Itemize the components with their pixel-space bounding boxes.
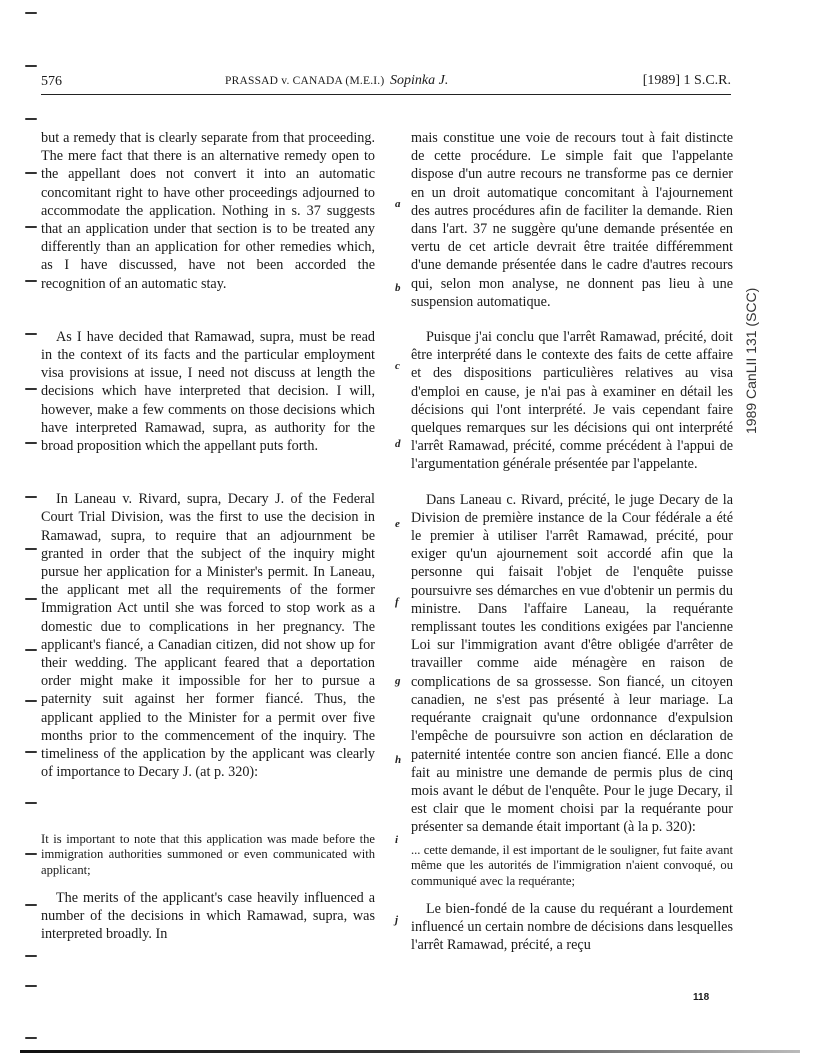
margin-tick (25, 802, 37, 804)
margin-tick (25, 904, 37, 906)
line-marker-h: h (395, 754, 401, 766)
margin-tick (25, 853, 37, 855)
margin-tick (25, 649, 37, 651)
margin-tick (25, 172, 37, 174)
margin-tick (25, 751, 37, 753)
french-column: mais constitue une voie de recours tout … (411, 129, 733, 954)
margin-tick (25, 985, 37, 987)
block-quote: It is important to note that this applic… (41, 832, 375, 879)
line-marker-i: i (395, 834, 398, 846)
case-title: PRASSAD v. CANADA (M.E.I.) (225, 75, 384, 87)
margin-tick (25, 388, 37, 390)
margin-tick (25, 226, 37, 228)
margin-tick (25, 280, 37, 282)
margin-tick (25, 496, 37, 498)
paragraph: mais constitue une voie de recours tout … (411, 129, 733, 311)
block-quote: ... cette demande, il est important de l… (411, 843, 733, 890)
paragraph: As I have decided that Ramawad, supra, m… (41, 328, 375, 455)
paragraph: Puisque j'ai conclu que l'arrêt Ramawad,… (411, 328, 733, 474)
margin-tick (25, 1037, 37, 1039)
line-marker-f: f (395, 596, 399, 608)
line-marker-b: b (395, 282, 401, 294)
margin-tick (25, 700, 37, 702)
margin-tick (25, 442, 37, 444)
bottom-scan-edge (20, 1050, 800, 1053)
english-column: but a remedy that is clearly separate fr… (41, 129, 375, 943)
line-marker-j: j (395, 914, 398, 926)
canlii-citation: 1989 CanLII 131 (SCC) (743, 288, 759, 434)
line-marker-a: a (395, 198, 401, 210)
margin-tick (25, 65, 37, 67)
line-marker-g: g (395, 675, 401, 687)
judge-name: Sopinka J. (390, 73, 448, 89)
paragraph: but a remedy that is clearly separate fr… (41, 129, 375, 293)
margin-tick (25, 548, 37, 550)
margin-tick (25, 333, 37, 335)
report-citation: [1989] 1 S.C.R. (643, 73, 731, 89)
margin-tick (25, 598, 37, 600)
line-marker-d: d (395, 438, 401, 450)
paragraph: In Laneau v. Rivard, supra, Decary J. of… (41, 490, 375, 781)
margin-tick (25, 118, 37, 120)
margin-tick (25, 12, 37, 14)
page-number: 576 (41, 74, 62, 90)
line-marker-e: e (395, 518, 400, 530)
margin-tick (25, 955, 37, 957)
sheet-number: 118 (693, 992, 709, 1003)
paragraph: Dans Laneau c. Rivard, précité, le juge … (411, 491, 733, 837)
paragraph: The merits of the applicant's case heavi… (41, 889, 375, 944)
paragraph: Le bien-fondé de la cause du requérant a… (411, 900, 733, 955)
running-header: 576 PRASSAD v. CANADA (M.E.I.) Sopinka J… (41, 72, 731, 95)
line-marker-c: c (395, 360, 400, 372)
